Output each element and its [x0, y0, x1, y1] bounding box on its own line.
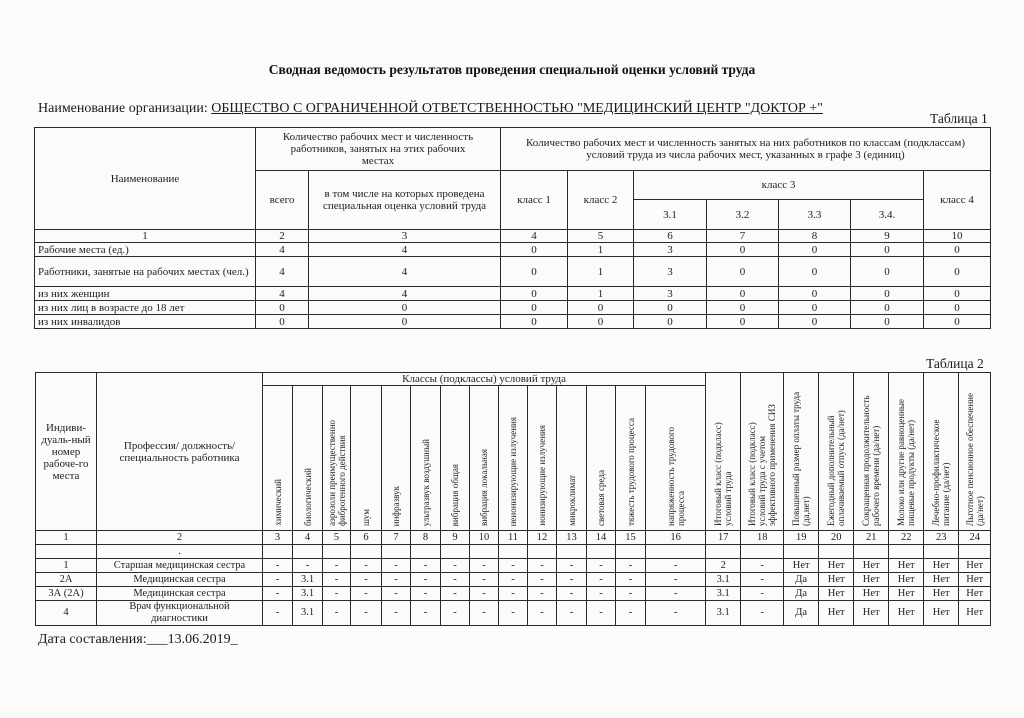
cell-value: -	[557, 573, 587, 587]
cell-value: Нет	[889, 587, 924, 601]
cell-value: 3.1	[293, 601, 323, 626]
blank-cell	[470, 545, 499, 559]
cell-value: -	[741, 573, 784, 587]
header-factor-label: микроклимат	[567, 472, 577, 530]
column-number: 3	[263, 531, 293, 545]
organization-name: ОБЩЕСТВО С ОГРАНИЧЕННОЙ ОТВЕТСТВЕННОСТЬЮ…	[211, 101, 823, 116]
header-extra-column: Повышенный размер оплаты труда (да,нет)	[784, 373, 819, 531]
cell-value: 0	[779, 243, 851, 257]
cell-value: 3.1	[706, 601, 741, 626]
table-row: 3А (2А)Медицинская сестра-3.1-----------…	[36, 587, 991, 601]
cell-value: -	[557, 587, 587, 601]
header-classes-group: Классы (подклассы) условий труда	[263, 373, 706, 386]
cell-value: -	[351, 559, 382, 573]
column-number: 10	[924, 230, 991, 243]
column-number: 13	[557, 531, 587, 545]
header-factor-label: вибрация локальная	[479, 446, 489, 530]
header-factor-column: вибрация общая	[441, 386, 470, 531]
cell-value: -	[382, 601, 411, 626]
cell-value: 1	[568, 257, 634, 287]
header-factor-label: ионизирующие излучения	[537, 422, 547, 530]
cell-value: -	[323, 601, 351, 626]
blank-cell	[499, 545, 528, 559]
cell-value: -	[499, 587, 528, 601]
cell-value: 0	[779, 287, 851, 301]
header-extra-label: Повышенный размер оплаты труда (да,нет)	[791, 387, 811, 530]
column-number: 15	[616, 531, 646, 545]
cell-value: Нет	[924, 573, 959, 587]
cell-value: 3.1	[293, 587, 323, 601]
header-extra-label: Льготное пенсионное обеспечение (да/нет)	[965, 387, 985, 530]
cell-value: 0	[501, 301, 568, 315]
blank-cell	[263, 545, 293, 559]
cell-value: -	[351, 587, 382, 601]
cell-value: -	[351, 573, 382, 587]
header-extra-label: Ежегодный дополнительный оплачиваемый от…	[826, 387, 846, 530]
column-number: 24	[959, 531, 991, 545]
header-factor-label: химический	[273, 476, 283, 530]
cell-value: Нет	[819, 559, 854, 573]
cell-value: -	[411, 587, 441, 601]
header-assessed: в том числе на которых проведена специал…	[309, 171, 501, 230]
cell-value: 3	[634, 243, 707, 257]
header-extra-column: Сокращенная продолжительность рабочего в…	[854, 373, 889, 531]
column-number: 19	[784, 531, 819, 545]
cell-value: 0	[501, 257, 568, 287]
cell-value: Нет	[889, 601, 924, 626]
header-extra-column: Льготное пенсионное обеспечение (да/нет)	[959, 373, 991, 531]
row-label: из них инвалидов	[35, 315, 256, 329]
profession: Врач функциональной диагностики	[97, 601, 263, 626]
cell-value: Нет	[889, 573, 924, 587]
cell-value: 4	[256, 257, 309, 287]
header-workplace-id: Индиви-дуаль-ный номер рабоче-го места	[36, 373, 97, 531]
cell-value: -	[587, 559, 616, 573]
blank-cell	[616, 545, 646, 559]
cell-value: -	[587, 573, 616, 587]
column-number: 11	[499, 531, 528, 545]
column-numbers-row: 12345678910	[35, 230, 991, 243]
blank-cell	[924, 545, 959, 559]
column-number: 2	[97, 531, 263, 545]
header-factor-label: вибрация общая	[450, 461, 460, 530]
column-number: 8	[411, 531, 441, 545]
header-class1: класс 1	[501, 171, 568, 230]
column-number: 9	[441, 531, 470, 545]
summary-table-2: Индиви-дуаль-ный номер рабоче-го места П…	[35, 372, 991, 626]
cell-value: -	[263, 587, 293, 601]
header-factor-label: шум	[361, 506, 371, 530]
cell-value: -	[470, 587, 499, 601]
cell-value: Нет	[959, 587, 991, 601]
cell-value: -	[528, 573, 557, 587]
cell-value: -	[557, 601, 587, 626]
cell-value: 0	[707, 315, 779, 329]
header-factor-column: биологический	[293, 386, 323, 531]
cell-value: 0	[501, 243, 568, 257]
column-number: 8	[779, 230, 851, 243]
cell-value: -	[323, 559, 351, 573]
cell-value: 0	[779, 315, 851, 329]
header-factor-column: световая среда	[587, 386, 616, 531]
column-number: 20	[819, 531, 854, 545]
cell-value: Нет	[924, 587, 959, 601]
blank-cell: .	[97, 545, 263, 559]
header-sub-3-2: 3.2	[707, 200, 779, 230]
header-factor-label: инфразвук	[391, 483, 401, 530]
cell-value: 0	[851, 301, 924, 315]
column-number: 6	[351, 531, 382, 545]
row-label: Рабочие места (ед.)	[35, 243, 256, 257]
column-numbers-row: 123456789101112131415161718192021222324	[36, 531, 991, 545]
row-label: из них женщин	[35, 287, 256, 301]
column-number: 4	[501, 230, 568, 243]
cell-value: 3.1	[706, 573, 741, 587]
cell-value: 0	[924, 257, 991, 287]
header-name: Наименование	[35, 128, 256, 230]
column-number: 12	[528, 531, 557, 545]
date-value: ___13.06.2019_	[147, 632, 238, 647]
header-extra-column: Ежегодный дополнительный оплачиваемый от…	[819, 373, 854, 531]
header-extra-label: Молоко или другие равноценные пищевые пр…	[896, 387, 916, 530]
cell-value: -	[382, 573, 411, 587]
organization-line: Наименование организации: ОБЩЕСТВО С ОГР…	[38, 101, 823, 117]
header-factor-column: вибрация локальная	[470, 386, 499, 531]
cell-value: -	[528, 587, 557, 601]
column-number: 16	[646, 531, 706, 545]
header-factor-column: ионизирующие излучения	[528, 386, 557, 531]
cell-value: Нет	[854, 601, 889, 626]
cell-value: -	[441, 573, 470, 587]
cell-value: -	[646, 601, 706, 626]
organization-label: Наименование организации:	[38, 101, 211, 116]
header-class2: класс 2	[568, 171, 634, 230]
header-factor-column: химический	[263, 386, 293, 531]
cell-value: -	[741, 601, 784, 626]
cell-value: -	[616, 573, 646, 587]
cell-value: Нет	[784, 559, 819, 573]
cell-value: 0	[924, 301, 991, 315]
cell-value: 4	[256, 243, 309, 257]
cell-value: 0	[707, 257, 779, 287]
table1-caption: Таблица 1	[930, 111, 988, 127]
header-classes-group: Количество рабочих мест и численность за…	[501, 128, 991, 171]
table-row: Работники, занятые на рабочих местах (че…	[35, 257, 991, 287]
cell-value: Нет	[959, 559, 991, 573]
header-factor-column: микроклимат	[557, 386, 587, 531]
cell-value: 0	[309, 315, 501, 329]
cell-value: 0	[707, 287, 779, 301]
cell-value: -	[323, 573, 351, 587]
cell-value: -	[741, 559, 784, 573]
cell-value: 0	[924, 315, 991, 329]
blank-cell	[36, 545, 97, 559]
column-number: 1	[36, 531, 97, 545]
cell-value: Нет	[959, 573, 991, 587]
cell-value: 0	[924, 287, 991, 301]
header-workplaces-group: Количество рабочих мест и численность ра…	[256, 128, 501, 171]
header-factor-label: биологический	[303, 465, 313, 530]
header-total: всего	[256, 171, 309, 230]
cell-value: Нет	[854, 559, 889, 573]
profession: Медицинская сестра	[97, 587, 263, 601]
column-number: 7	[707, 230, 779, 243]
cell-value: 0	[707, 301, 779, 315]
cell-value: 0	[851, 243, 924, 257]
workplace-id: 2А	[36, 573, 97, 587]
cell-value: -	[616, 559, 646, 573]
cell-value: 0	[779, 301, 851, 315]
profession: Старшая медицинская сестра	[97, 559, 263, 573]
table2-caption: Таблица 2	[926, 356, 984, 372]
column-number: 4	[293, 531, 323, 545]
table-row: Рабочие места (ед.)440130000	[35, 243, 991, 257]
cell-value: 1	[568, 287, 634, 301]
header-extra-label: Итоговый класс (подкласс) условий труда …	[747, 387, 777, 530]
cell-value: 0	[256, 301, 309, 315]
cell-value: 0	[779, 257, 851, 287]
cell-value: -	[646, 559, 706, 573]
cell-value: -	[470, 601, 499, 626]
column-number: 18	[741, 531, 784, 545]
blank-cell	[784, 545, 819, 559]
header-factor-column: аэрозоли преимущественно фиброгенного де…	[323, 386, 351, 531]
header-class4: класс 4	[924, 171, 991, 230]
cell-value: -	[528, 559, 557, 573]
cell-value: 0	[309, 301, 501, 315]
cell-value: 0	[707, 243, 779, 257]
cell-value: 4	[256, 287, 309, 301]
blank-cell	[323, 545, 351, 559]
cell-value: 4	[309, 243, 501, 257]
blank-cell	[528, 545, 557, 559]
cell-value: -	[499, 601, 528, 626]
blank-cell	[293, 545, 323, 559]
blank-cell	[351, 545, 382, 559]
cell-value: -	[411, 601, 441, 626]
blank-cell	[854, 545, 889, 559]
header-factor-label: световая среда	[596, 467, 606, 530]
cell-value: 0	[851, 257, 924, 287]
column-number: 7	[382, 531, 411, 545]
header-extra-column: Лечебно-профилактическое питание (да/нет…	[924, 373, 959, 531]
profession: Медицинская сестра	[97, 573, 263, 587]
header-factor-label: аэрозоли преимущественно фиброгенного де…	[327, 387, 347, 530]
cell-value: -	[441, 601, 470, 626]
cell-value: -	[499, 559, 528, 573]
blank-cell	[646, 545, 706, 559]
column-number: 23	[924, 531, 959, 545]
cell-value: 3.1	[706, 587, 741, 601]
header-sub-3-4: 3.4.	[851, 200, 924, 230]
header-factor-column: инфразвук	[382, 386, 411, 531]
cell-value: 0	[634, 301, 707, 315]
row-label: из них лиц в возрасте до 18 лет	[35, 301, 256, 315]
workplace-id: 1	[36, 559, 97, 573]
cell-value: 0	[634, 315, 707, 329]
document-title: Сводная ведомость результатов проведения…	[0, 62, 1024, 78]
cell-value: -	[263, 559, 293, 573]
column-number: 17	[706, 531, 741, 545]
column-number: 6	[634, 230, 707, 243]
cell-value: -	[351, 601, 382, 626]
cell-value: Нет	[889, 559, 924, 573]
cell-value: -	[646, 573, 706, 587]
cell-value: 0	[568, 301, 634, 315]
date-label: Дата составления:	[38, 632, 147, 647]
cell-value: -	[616, 587, 646, 601]
cell-value: -	[263, 601, 293, 626]
cell-value: Нет	[854, 587, 889, 601]
table-row: из них женщин440130000	[35, 287, 991, 301]
column-number: 1	[35, 230, 256, 243]
cell-value: 3	[634, 287, 707, 301]
header-extra-column: Итоговый класс (подкласс) условий труда	[706, 373, 741, 531]
header-factor-column: неионизирующие излучения	[499, 386, 528, 531]
blank-cell	[706, 545, 741, 559]
header-sub-3-1: 3.1	[634, 200, 707, 230]
header-profession: Профессия/ должность/ специальность рабо…	[97, 373, 263, 531]
workplace-id: 4	[36, 601, 97, 626]
blank-cell	[889, 545, 924, 559]
table-row: 2АМедицинская сестра-3.1------------3.1-…	[36, 573, 991, 587]
cell-value: -	[293, 559, 323, 573]
cell-value: 0	[501, 315, 568, 329]
header-class3: класс 3	[634, 171, 924, 200]
column-number: 2	[256, 230, 309, 243]
cell-value: -	[382, 587, 411, 601]
cell-value: -	[528, 601, 557, 626]
column-number: 10	[470, 531, 499, 545]
cell-value: 4	[309, 287, 501, 301]
cell-value: Нет	[924, 601, 959, 626]
cell-value: -	[441, 559, 470, 573]
header-factor-column: напряженность трудового процесса	[646, 386, 706, 531]
blank-cell	[441, 545, 470, 559]
blank-cell	[741, 545, 784, 559]
column-number: 5	[568, 230, 634, 243]
cell-value: Нет	[819, 587, 854, 601]
cell-value: -	[587, 587, 616, 601]
cell-value: 4	[309, 257, 501, 287]
blank-cell	[587, 545, 616, 559]
header-extra-label: Итоговый класс (подкласс) условий труда	[713, 387, 733, 530]
cell-value: -	[587, 601, 616, 626]
cell-value: -	[557, 559, 587, 573]
cell-value: Да	[784, 573, 819, 587]
column-number: 21	[854, 531, 889, 545]
cell-value: -	[263, 573, 293, 587]
row-label: Работники, занятые на рабочих местах (че…	[35, 257, 256, 287]
cell-value: -	[382, 559, 411, 573]
column-number: 22	[889, 531, 924, 545]
cell-value: Нет	[854, 573, 889, 587]
cell-value: -	[323, 587, 351, 601]
blank-cell	[557, 545, 587, 559]
cell-value: Нет	[819, 601, 854, 626]
cell-value: 0	[256, 315, 309, 329]
header-factor-column: шум	[351, 386, 382, 531]
cell-value: 0	[568, 315, 634, 329]
table-row: 4Врач функциональной диагностики-3.1----…	[36, 601, 991, 626]
header-factor-label: неионизирующие излучения	[508, 414, 518, 530]
header-factor-label: тяжесть трудового процесса	[626, 415, 636, 530]
cell-value: -	[646, 587, 706, 601]
cell-value: Нет	[924, 559, 959, 573]
header-factor-label: ультразвук воздушный	[421, 436, 431, 530]
blank-cell	[411, 545, 441, 559]
blank-cell	[819, 545, 854, 559]
cell-value: 0	[851, 287, 924, 301]
blank-cell	[959, 545, 991, 559]
cell-value: -	[441, 587, 470, 601]
header-extra-column: Молоко или другие равноценные пищевые пр…	[889, 373, 924, 531]
header-extra-column: Итоговый класс (подкласс) условий труда …	[741, 373, 784, 531]
column-number: 9	[851, 230, 924, 243]
column-number: 14	[587, 531, 616, 545]
column-number: 3	[309, 230, 501, 243]
table-row: из них инвалидов000000000	[35, 315, 991, 329]
header-sub-3-3: 3.3	[779, 200, 851, 230]
cell-value: Нет	[959, 601, 991, 626]
cell-value: Да	[784, 587, 819, 601]
header-factor-column: ультразвук воздушный	[411, 386, 441, 531]
cell-value: -	[470, 559, 499, 573]
header-extra-label: Лечебно-профилактическое питание (да/нет…	[931, 387, 951, 530]
workplace-id: 3А (2А)	[36, 587, 97, 601]
cell-value: 2	[706, 559, 741, 573]
cell-value: -	[411, 573, 441, 587]
header-extra-label: Сокращенная продолжительность рабочего в…	[861, 387, 881, 530]
cell-value: 3	[634, 257, 707, 287]
cell-value: 0	[501, 287, 568, 301]
table-row: из них лиц в возрасте до 18 лет000000000	[35, 301, 991, 315]
cell-value: Да	[784, 601, 819, 626]
cell-value: -	[499, 573, 528, 587]
column-number: 5	[323, 531, 351, 545]
cell-value: 3.1	[293, 573, 323, 587]
header-factor-label: напряженность трудового процесса	[666, 387, 686, 530]
header-factor-column: тяжесть трудового процесса	[616, 386, 646, 531]
cell-value: 1	[568, 243, 634, 257]
summary-table-1: Наименование Количество рабочих мест и ч…	[34, 127, 991, 329]
blank-cell	[382, 545, 411, 559]
cell-value: 0	[924, 243, 991, 257]
table-row: 1Старшая медицинская сестра-------------…	[36, 559, 991, 573]
compilation-date: Дата составления:___13.06.2019_	[38, 632, 238, 648]
cell-value: -	[616, 601, 646, 626]
cell-value: Нет	[819, 573, 854, 587]
cell-value: 0	[851, 315, 924, 329]
cell-value: -	[470, 573, 499, 587]
blank-row: .	[36, 545, 991, 559]
cell-value: -	[411, 559, 441, 573]
cell-value: -	[741, 587, 784, 601]
